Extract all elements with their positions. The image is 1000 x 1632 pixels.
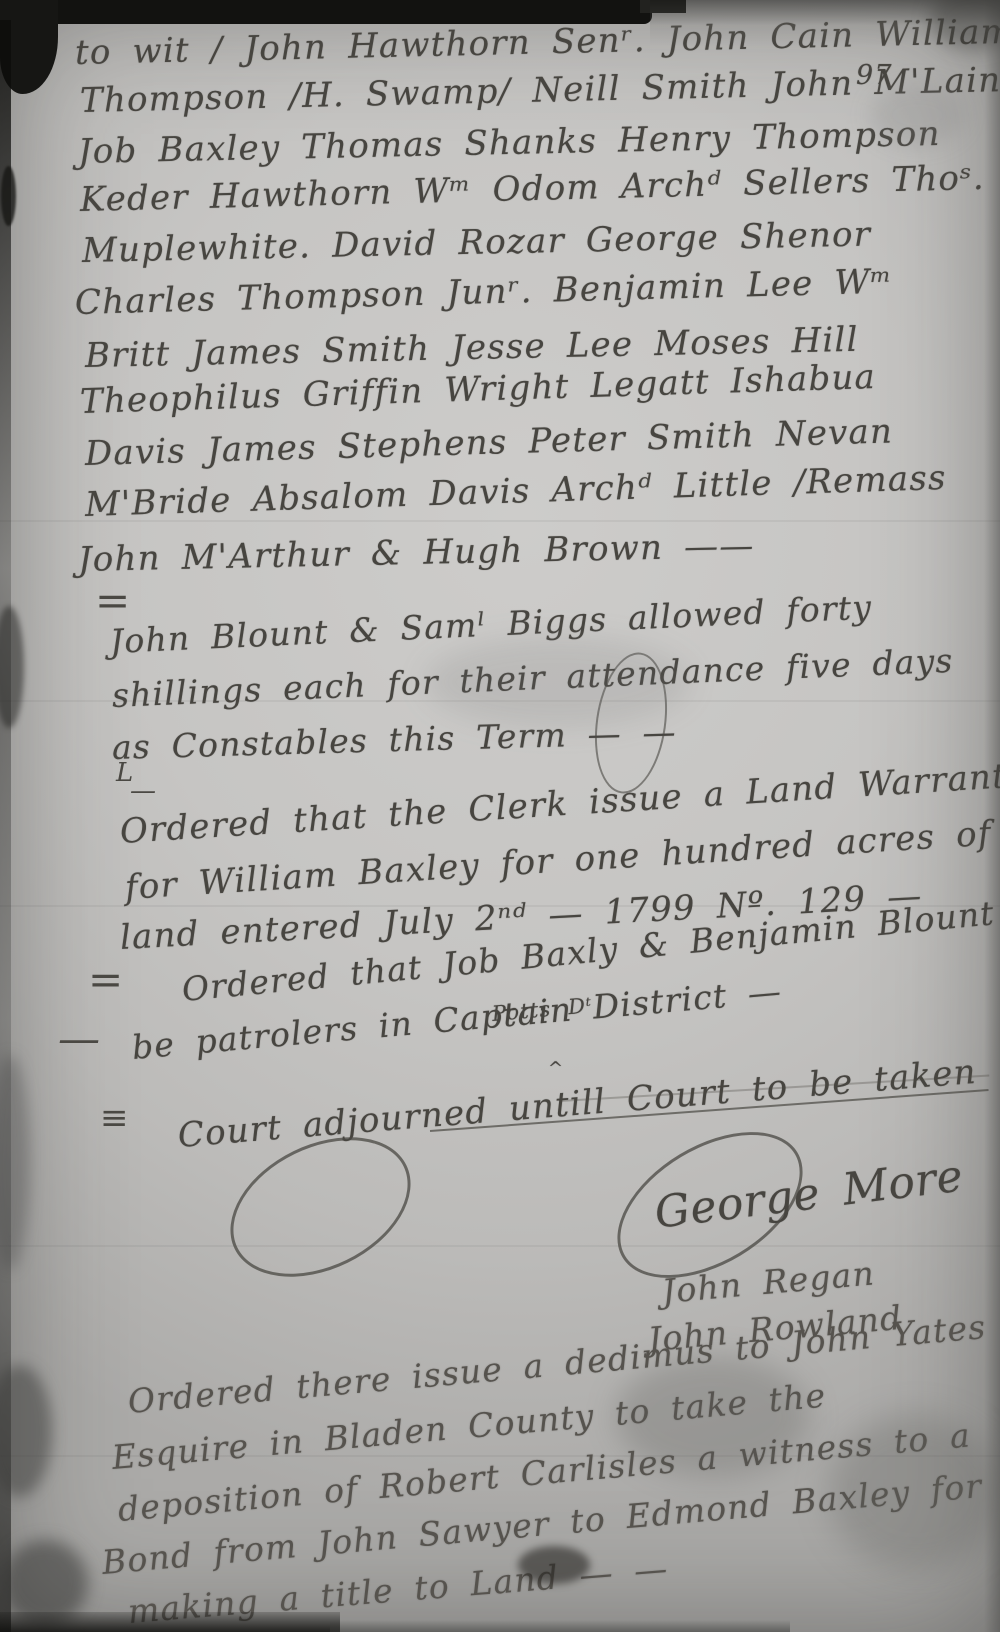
margin-mark-4: —: [58, 1014, 100, 1063]
right-edge-shade: [984, 0, 1000, 1632]
caret-mark: ^: [548, 1058, 564, 1079]
left-edge-blot-2: [0, 606, 24, 728]
margin-mark-3: =: [88, 955, 123, 1004]
left-edge-smudge-1: [0, 1055, 30, 1270]
stain-center-right: [615, 1355, 810, 1477]
top-edge-black-band: [0, 0, 652, 24]
stain-top-right-faint: [870, 84, 965, 146]
adjournment-line: Court adjourned untill Court to be taken: [176, 1052, 978, 1156]
left-edge-smudge-2: [0, 1365, 52, 1497]
jury-line-11: John M'Arthur & Hugh Brown ——: [78, 526, 755, 580]
stain-mid-faint: [425, 636, 690, 728]
ink-blot: [518, 1546, 590, 1584]
scan-streak: [0, 1245, 1000, 1247]
jury-line-6: Charles Thompson Junʳ. Benjamin Lee Wᵐ: [74, 262, 893, 323]
margin-mark-2-dash: —: [130, 776, 156, 806]
margin-mark-1: =: [95, 576, 130, 625]
left-edge-blot-1: [1, 166, 16, 226]
jury-line-5: Muplewhite. David Rozar George Shenor: [82, 214, 872, 271]
stain-bottom-right: [828, 1415, 1000, 1570]
bottom-edge-gray: [330, 1620, 790, 1632]
bottom-edge-dark: [0, 1612, 340, 1632]
manuscript-page: 97 to wit / John Hawthorn Senʳ. John Cai…: [0, 0, 1000, 1632]
margin-mark-5: ≡: [100, 1098, 129, 1138]
